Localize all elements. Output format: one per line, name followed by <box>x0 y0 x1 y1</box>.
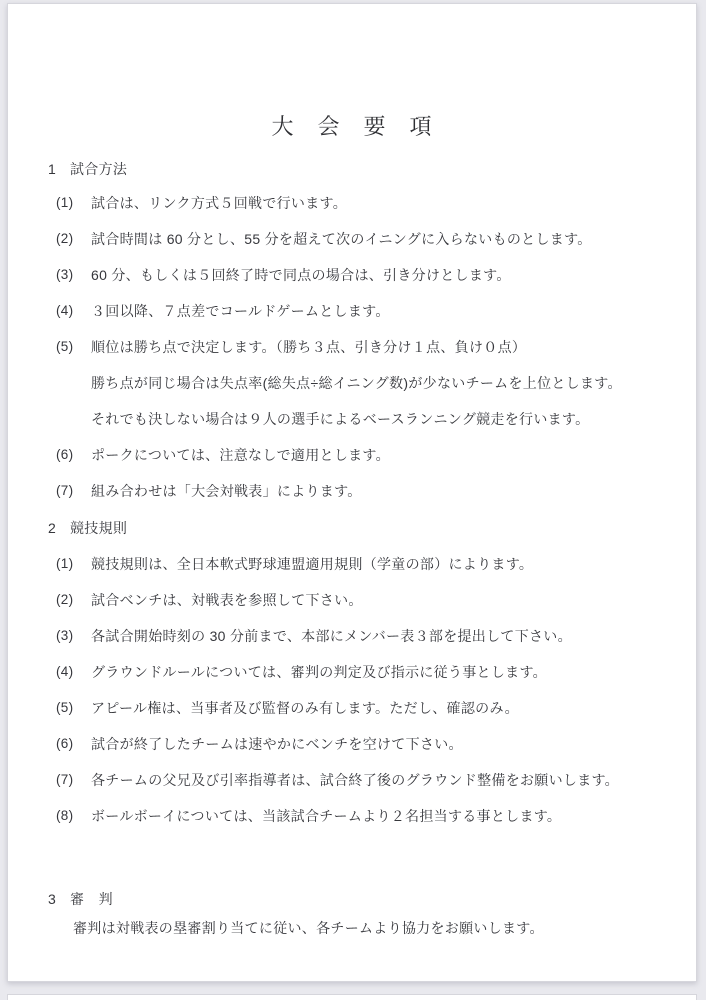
list-item: (4) グラウンドルールについては、審判の判定及び指示に従う事とします。 <box>8 662 696 682</box>
item-marker: (3) <box>56 626 73 646</box>
list-item: (3) 60 分、もしくは５回終了時で同点の場合は、引き分けとします。 <box>8 265 696 285</box>
list-item: (1) 試合は、リンク方式５回戦で行います。 <box>8 193 696 213</box>
section-body-text: 審判は対戦表の塁審割り当てに従い、各チームより協力をお願いします。 <box>73 918 544 938</box>
item-text: アピール権は、当事者及び監督のみ有します。ただし、確認のみ。 <box>91 698 519 718</box>
item-text: 試合ベンチは、対戦表を参照して下さい。 <box>91 590 363 610</box>
list-item: (2) 試合時間は 60 分とし、55 分を超えて次のイニングに入らないものとし… <box>8 229 696 249</box>
list-item: (2) 試合ベンチは、対戦表を参照して下さい。 <box>8 590 696 610</box>
list-item: (4) ３回以降、７点差でコールドゲームとします。 <box>8 301 696 321</box>
item-text: ポークについては、注意なしで適用とします。 <box>91 445 390 465</box>
item-text: 試合は、リンク方式５回戦で行います。 <box>91 193 347 213</box>
item-text: 順位は勝ち点で決定します。（勝ち３点、引き分け１点、負け０点） <box>91 337 526 357</box>
item-marker: (7) <box>56 770 73 790</box>
document-viewer: 大 会 要 項 1 試合方法 (1) 試合は、リンク方式５回戦で行います。 (2… <box>0 0 706 1000</box>
item-text: 試合時間は 60 分とし、55 分を超えて次のイニングに入らないものとします。 <box>91 229 592 249</box>
list-item: (7) 各チームの父兄及び引率指導者は、試合終了後のグラウンド整備をお願いします… <box>8 770 696 790</box>
item-text: 各チームの父兄及び引率指導者は、試合終了後のグラウンド整備をお願いします。 <box>91 770 619 790</box>
section-number: 2 <box>48 518 56 538</box>
section-number: 1 <box>48 159 56 179</box>
list-item-continuation: 勝ち点が同じ場合は失点率(総失点÷総イニング数)が少ないチームを上位とします。 <box>8 373 696 393</box>
item-text: 勝ち点が同じ場合は失点率(総失点÷総イニング数)が少ないチームを上位とします。 <box>91 373 622 393</box>
section-title: 試合方法 <box>70 159 127 179</box>
item-marker: (4) <box>56 662 73 682</box>
list-item: (6) 試合が終了したチームは速やかにベンチを空けて下さい。 <box>8 734 696 754</box>
item-text: 組み合わせは「大会対戦表」によります。 <box>91 481 362 501</box>
item-text: 試合が終了したチームは速やかにベンチを空けて下さい。 <box>91 734 463 754</box>
section-title: 競技規則 <box>70 518 127 538</box>
item-marker: (5) <box>56 698 73 718</box>
item-text: 各試合開始時刻の 30 分前まで、本部にメンバー表３部を提出して下さい。 <box>91 626 572 646</box>
item-marker: (1) <box>56 193 73 213</box>
next-page <box>7 994 697 1000</box>
item-text: グラウンドルールについては、審判の判定及び指示に従う事とします。 <box>91 662 547 682</box>
item-marker: (4) <box>56 301 73 321</box>
document-title: 大 会 要 項 <box>8 114 696 140</box>
section-title: 審 判 <box>70 889 113 909</box>
item-marker: (3) <box>56 265 73 285</box>
item-marker: (2) <box>56 590 73 610</box>
item-marker: (6) <box>56 445 73 465</box>
item-marker: (1) <box>56 554 73 574</box>
item-text: 60 分、もしくは５回終了時で同点の場合は、引き分けとします。 <box>91 265 511 285</box>
list-item: (7) 組み合わせは「大会対戦表」によります。 <box>8 481 696 501</box>
item-marker: (2) <box>56 229 73 249</box>
list-item: (8) ボールボーイについては、当該試合チームより２名担当する事とします。 <box>8 806 696 826</box>
list-item: (6) ポークについては、注意なしで適用とします。 <box>8 445 696 465</box>
section-2-heading: 2 競技規則 <box>8 518 696 538</box>
item-marker: (5) <box>56 337 73 357</box>
item-marker: (8) <box>56 806 73 826</box>
item-text: ボールボーイについては、当該試合チームより２名担当する事とします。 <box>91 806 561 826</box>
section-body: 審判は対戦表の塁審割り当てに従い、各チームより協力をお願いします。 <box>8 918 696 938</box>
list-item-continuation: それでも決しない場合は９人の選手によるベースランニング競走を行います。 <box>8 409 696 429</box>
item-text: それでも決しない場合は９人の選手によるベースランニング競走を行います。 <box>91 409 589 429</box>
list-item: (1) 競技規則は、全日本軟式野球連盟適用規則（学童の部）によります。 <box>8 554 696 574</box>
list-item: (5) アピール権は、当事者及び監督のみ有します。ただし、確認のみ。 <box>8 698 696 718</box>
item-marker: (6) <box>56 734 73 754</box>
list-item: (5) 順位は勝ち点で決定します。（勝ち３点、引き分け１点、負け０点） <box>8 337 696 357</box>
section-number: 3 <box>48 889 56 909</box>
item-text: ３回以降、７点差でコールドゲームとします。 <box>91 301 390 321</box>
item-text: 競技規則は、全日本軟式野球連盟適用規則（学童の部）によります。 <box>91 554 533 574</box>
section-3-heading: 3 審 判 <box>8 889 696 909</box>
item-marker: (7) <box>56 481 73 501</box>
document-page: 大 会 要 項 1 試合方法 (1) 試合は、リンク方式５回戦で行います。 (2… <box>7 3 697 982</box>
list-item: (3) 各試合開始時刻の 30 分前まで、本部にメンバー表３部を提出して下さい。 <box>8 626 696 646</box>
section-1-heading: 1 試合方法 <box>8 159 696 179</box>
